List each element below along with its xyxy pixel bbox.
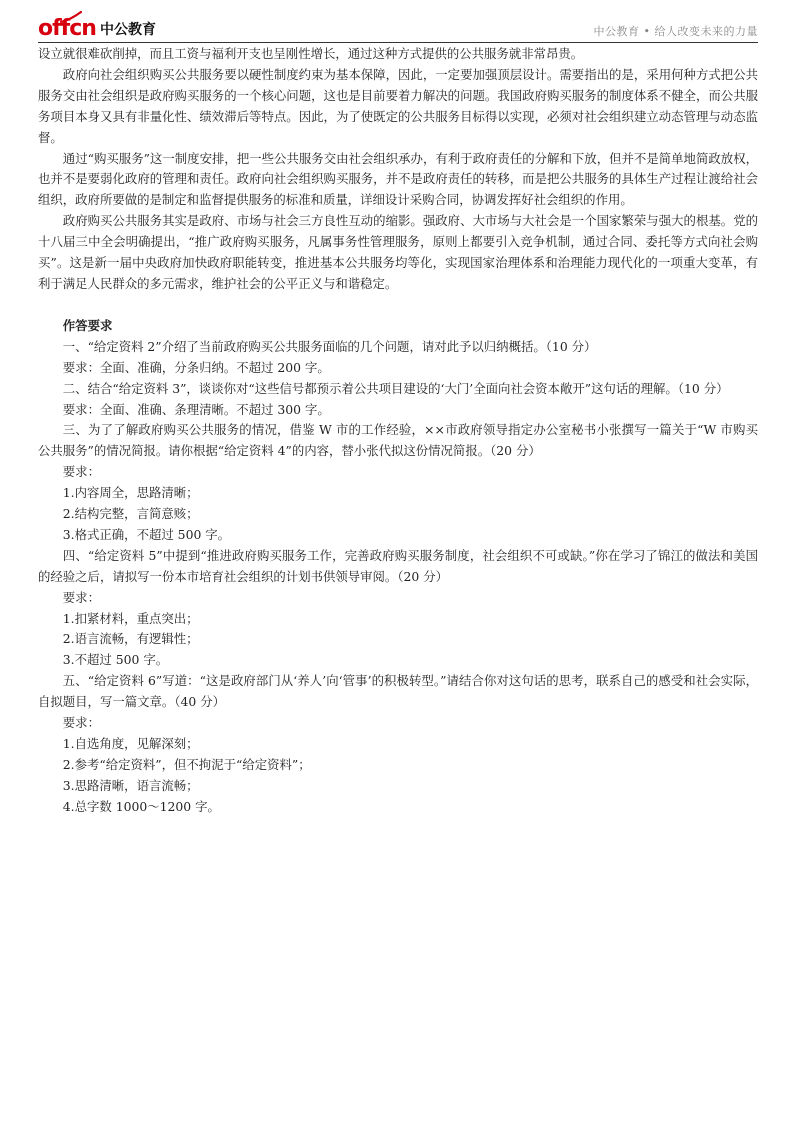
- question-4-requirement-item: 2.语言流畅，有逻辑性；: [38, 629, 758, 650]
- question-4: 四、“给定资料 5”中提到“推进政府购买服务工作，完善政府购买服务制度，社会组织…: [38, 546, 758, 588]
- document-page: offcn 中公教育 中公教育 • 给人改变未来的力量 设立就很难砍削掉，而且工…: [0, 0, 794, 1123]
- question-1-requirement: 要求：全面、准确，分条归纳。不超过 200 字。: [38, 358, 758, 379]
- question-3: 三、为了了解政府购买公共服务的情况，借鉴 W 市的工作经验，××市政府领导指定办…: [38, 420, 758, 462]
- logo-mark: offcn: [38, 18, 96, 40]
- question-4-requirement-item: 3.不超过 500 字。: [38, 650, 758, 671]
- question-5-requirement-item: 4.总字数 1000～1200 字。: [38, 797, 758, 818]
- logo-swoosh-icon: [60, 11, 82, 23]
- question-5-requirement-item: 2.参考“给定资料”，但不拘泥于“给定资料”；: [38, 755, 758, 776]
- logo-text: 中公教育: [100, 20, 156, 40]
- question-5-requirement-label: 要求：: [38, 713, 758, 734]
- question-3-requirement-item: 3.格式正确，不超过 500 字。: [38, 525, 758, 546]
- question-3-requirement-label: 要求：: [38, 462, 758, 483]
- question-5-requirement-item: 1.自选角度，见解深刻；: [38, 734, 758, 755]
- header-slogan: 中公教育 • 给人改变未来的力量: [594, 23, 758, 39]
- question-1: 一、“给定资料 2”介绍了当前政府购买公共服务面临的几个问题，请对此予以归纳概括…: [38, 337, 758, 358]
- material-paragraph: 政府向社会组织购买公共服务要以硬性制度约束为基本保障，因此，一定要加强顶层设计。…: [38, 65, 758, 149]
- material-paragraph: 政府购买公共服务其实是政府、市场与社会三方良性互动的缩影。强政府、大市场与大社会…: [38, 211, 758, 295]
- question-5: 五、“给定资料 6”写道：“这是政府部门从‘养人’向‘管事’的积极转型。”请结合…: [38, 671, 758, 713]
- question-3-requirement-item: 2.结构完整，言简意赅；: [38, 504, 758, 525]
- question-4-requirement-label: 要求：: [38, 588, 758, 609]
- material-paragraph: 通过“购买服务”这一制度安排，把一些公共服务交由社会组织承办，有利于政府责任的分…: [38, 149, 758, 212]
- offcn-logo: offcn 中公教育: [38, 12, 156, 40]
- question-2-requirement: 要求：全面、准确、条理清晰。不超过 300 字。: [38, 400, 758, 421]
- question-3-requirement-item: 1.内容周全，思路清晰；: [38, 483, 758, 504]
- question-2: 二、结合“给定资料 3”，谈谈你对“这些信号都预示着公共项目建设的‘大门’全面向…: [38, 379, 758, 400]
- section-title: 作答要求: [38, 316, 758, 337]
- question-4-requirement-item: 1.扣紧材料，重点突出；: [38, 609, 758, 630]
- document-body: 设立就很难砍削掉，而且工资与福利开支也呈刚性增长，通过这种方式提供的公共服务就非…: [38, 44, 758, 818]
- question-5-requirement-item: 3.思路清晰，语言流畅；: [38, 776, 758, 797]
- page-header: offcn 中公教育 中公教育 • 给人改变未来的力量: [38, 12, 758, 43]
- material-paragraph: 设立就很难砍削掉，而且工资与福利开支也呈刚性增长，通过这种方式提供的公共服务就非…: [38, 44, 758, 65]
